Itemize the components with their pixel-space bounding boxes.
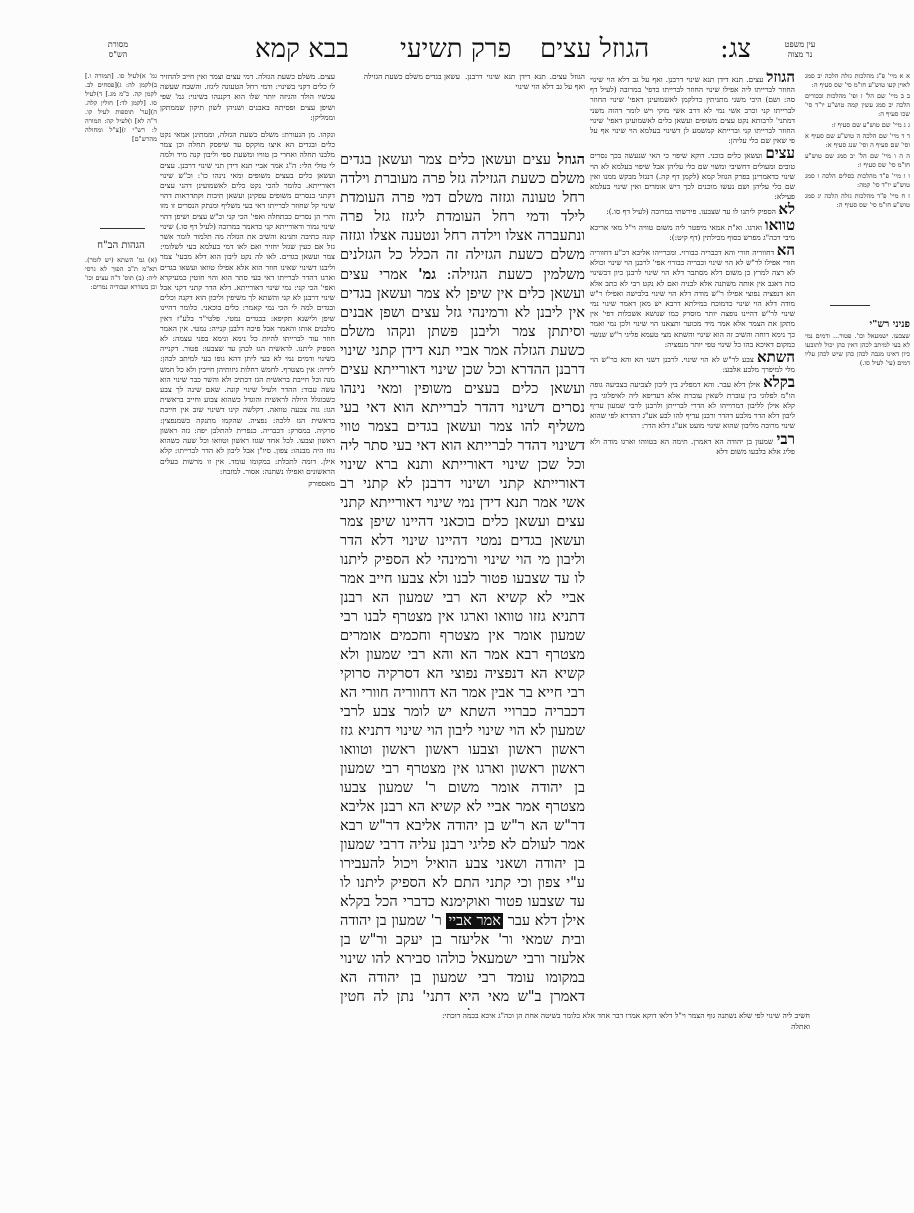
- peninei-rashi-title: פניני רש"י: [805, 320, 910, 329]
- tosafot-text: עצים. תנא דידן תנא שינוי דרבנן. ואף על ג…: [590, 75, 795, 145]
- tosafot-dibbur-hamatchil: עצים: [765, 144, 795, 162]
- hagahot-habach-column: (א) גמ' השתא (יש לומר). תא"מ ת"ב הפוך לא…: [85, 256, 157, 336]
- ein-mishpat-item: ה ה ו מיי' שם הל' יב סמג שם טוש"ע חו"מ ס…: [805, 152, 910, 170]
- ein-mishpat-item: ו ו מיי' פ"ד מהלכות כסלים הלכה ו סמג טוש…: [805, 172, 910, 190]
- tosafot-column: הגוזל עצים. תנא דידן תנא שינוי דרבנן. וא…: [590, 72, 795, 1002]
- hagahot-text: (א) גמ' השתא (יש לומר). תא"מ ת"ב הפוך לא…: [85, 256, 157, 292]
- hashas-label: הש"ס: [88, 50, 148, 60]
- tosafot-dibbur-hamatchil: טוואו: [765, 216, 795, 234]
- ein-mishpat-item: ב ב מיי' שם הל' ז ופי' מהלכות ובכורים הל…: [805, 92, 910, 119]
- tosafot-dibbur-hamatchil: הא: [777, 241, 795, 259]
- tosafot-text: דחווריה חורי והא דכבריה כבורוי. ומכרייהו…: [590, 248, 795, 349]
- ein-mishpat-item: ד ד מיי' שם הלכה ה טוש"ע שם סעיף א וסי' …: [805, 132, 910, 150]
- peninei-rashi-text: שצבעו. ישמעאל וכו'. פטור... ודמים נמי לא…: [805, 332, 910, 368]
- masoret-hashas-column: גמ' א)לעיל סו. [תמורה ו.] ב)לקמן לה: ג)[…: [85, 72, 157, 212]
- mishna-text: עצים ועשאן כלים צמר ועשאן בגדים משלם כשע…: [340, 152, 585, 283]
- footer-line: ואתלה: [150, 1021, 810, 1032]
- rashi-top-wrap: עצים. משלם כשעת הגזלה. דמי עצים וצמר ואי…: [160, 72, 335, 127]
- tosafot-dibbur-hamatchil: השתא: [757, 348, 795, 366]
- rashi-end: מאספורק: [160, 479, 335, 489]
- tosafot-dibbur-hamatchil: בקלא: [763, 373, 795, 391]
- chapter-name: הגוזל עצים: [540, 34, 649, 64]
- gemara-marker: גמ': [418, 266, 436, 283]
- masoret-text: גמ' א)לעיל סו. [תמורה ו.] ב)לקמן לה: ג)[…: [85, 72, 157, 144]
- peninei-rashi-column: פניני רש"י שצבעו. ישמעאל וכו'. פטור... ו…: [805, 320, 910, 440]
- rashi-top-text: עצים. משלם כשעת הגזלה. דמי עצים וצמר ואי…: [160, 72, 335, 123]
- ein-mishpat-header: עין משפט נר מצוה: [770, 40, 830, 60]
- divider: [830, 305, 870, 306]
- ein-mishpat-column: א א מיי' פ"ג מהלכות גזלה הלכה יב סמג לאו…: [805, 72, 910, 272]
- footer-line: חשיב ליה שינוי לפי שלא נשתנה גוף הצמר וי…: [150, 1010, 810, 1021]
- daf-number: צג:: [720, 34, 751, 64]
- divider: [100, 228, 145, 229]
- tosafot-text: הספיק ליתנו לו עד שצבעו. פירשתי במרובה (…: [606, 207, 776, 216]
- page-header: עין משפט נר מצוה צג: הגוזל עצים פרק תשיע…: [0, 30, 914, 70]
- gemara-column: הגוזל עצים ועשאן כלים צמר ועשאן בגדים מש…: [340, 150, 585, 1010]
- gemara-top-text: הגוזל עצים. תנא דידן תנא שינוי דרבנן. וא…: [465, 72, 585, 92]
- masoret-label: מסורת: [88, 40, 148, 50]
- hagahot-habach-title: הגהות הב"ח: [85, 240, 157, 251]
- gemara-opening-word: הגוזל: [557, 151, 585, 168]
- gemara-top-text: עשאן בגדים משלם כשעת הגזילה: [340, 72, 460, 82]
- ein-mishpat-label: עין משפט: [770, 40, 830, 50]
- highlighted-phrase[interactable]: אמר אביי: [446, 913, 502, 929]
- tosafot-dibbur-hamatchil: רבי: [776, 430, 795, 448]
- masoret-header: מסורת הש"ס: [88, 40, 148, 60]
- tractate-name: בבא קמא: [255, 34, 349, 64]
- ner-mitzvah-label: נר מצוה: [770, 50, 830, 60]
- gemara-top-right: הגוזל עצים. תנא דידן תנא שינוי דרבנן. וא…: [465, 72, 585, 150]
- tosafot-text: שמעון בן יהודה הא דאמרן. תימה הא בטווהו …: [590, 437, 795, 456]
- ein-mishpat-item: ג ג מיי' שם טוש"ע שם סעיף ז:: [805, 121, 910, 130]
- ein-mishpat-item: ז ח מיי' פ"ד מהלכות גזלה הלכה יג סמג טוש…: [805, 192, 910, 210]
- rashi-text: ונקהו. מן הנעורת: משלם כשעת הגזלה, וממתי…: [160, 130, 335, 477]
- perek-number: פרק תשיעי: [400, 34, 511, 64]
- ein-mishpat-item: א א מיי' פ"ג מהלכות גזלה הלכה יב סמג לאו…: [805, 72, 910, 90]
- rashi-column: ונקהו. מן הנעורת: משלם כשעת הגזלה, וממתי…: [160, 130, 335, 1000]
- tosafot-dibbur-hamatchil: הגוזל: [766, 72, 795, 86]
- gemara-text: אמרי עצים ועשאן כלים אין שיפן לא צמר ועש…: [340, 267, 585, 929]
- gemara-top-left: עשאן בגדים משלם כשעת הגזילה: [340, 72, 460, 150]
- tosafot-footer: חשיב ליה שינוי לפי שלא נשתנה גוף הצמר וי…: [150, 1010, 810, 1032]
